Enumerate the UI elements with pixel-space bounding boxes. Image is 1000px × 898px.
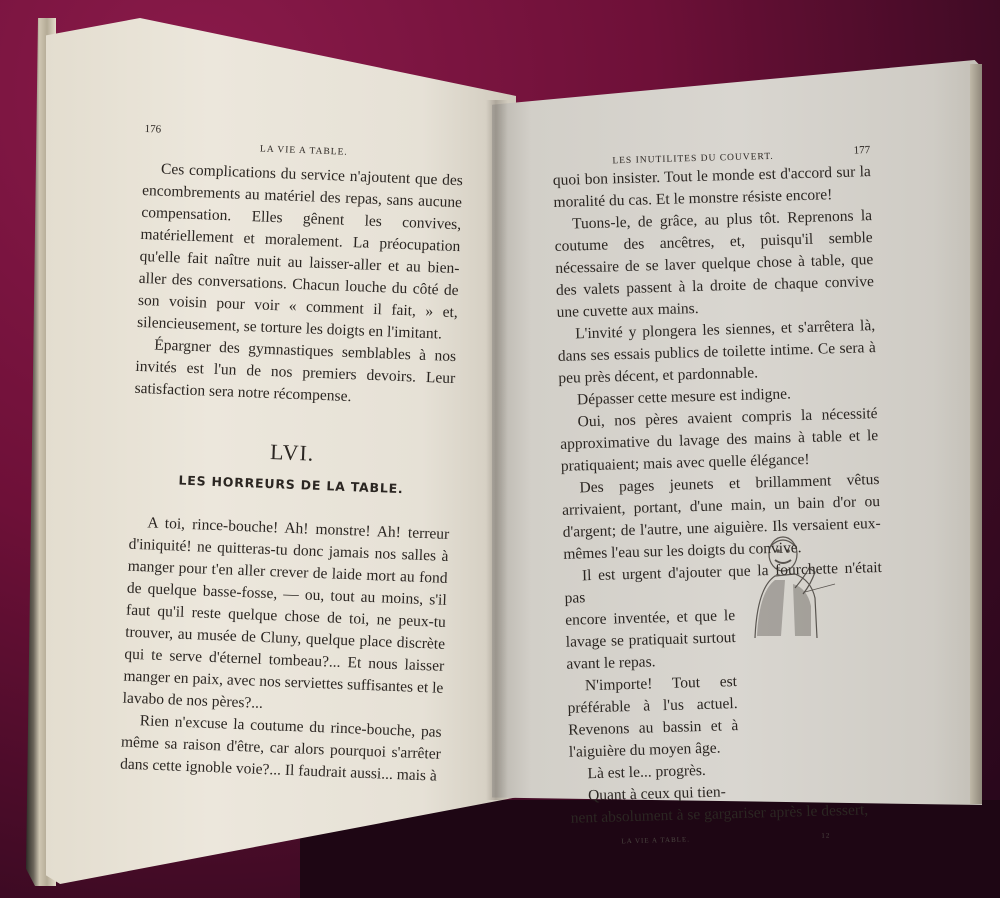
signature-number: 12 [821, 825, 831, 847]
chapter-title: LES HORREURS DE LA TABLE. [131, 468, 452, 502]
running-head-right: LES INUTILITES DU COUVERT. [612, 146, 774, 172]
paragraph: Épargner des gymnastiques semblables à n… [134, 334, 456, 412]
signature-mark: LA VIE A TABLE. [621, 828, 690, 852]
book-gutter [486, 100, 508, 800]
paragraph: L'invité y plongera les siennes, et s'ar… [557, 315, 877, 390]
chapter-number: LVI. [132, 436, 453, 470]
paragraph: encore inventée, et que le lavage se pra… [565, 605, 737, 676]
page-number-left: 176 [144, 118, 161, 141]
paragraph: Tuons-le, de grâce, au plus tôt. Repreno… [554, 205, 875, 324]
page-number-right: 177 [853, 139, 870, 161]
right-page-text: LES INUTILITES DU COUVERT. 177 quoi bon … [552, 139, 889, 844]
paragraph: N'importe! Tout est préférable à l'us ac… [567, 671, 739, 764]
right-page-edge [970, 64, 982, 804]
book-photo: 176 LA VIE A TABLE. Ces complications du… [0, 0, 1000, 898]
paragraph: Ces complications du service n'ajoutent … [137, 158, 464, 346]
left-page-text: 176 LA VIE A TABLE. Ces complications du… [120, 118, 465, 788]
illustration-man-icon [745, 528, 855, 640]
paragraph: A toi, rince-bouche! Ah! monstre! Ah! te… [122, 512, 449, 722]
paragraph: Oui, nos pères avaient compris la nécess… [559, 403, 879, 478]
paragraph: Rien n'excuse la coutume du rince-bouche… [120, 710, 442, 788]
